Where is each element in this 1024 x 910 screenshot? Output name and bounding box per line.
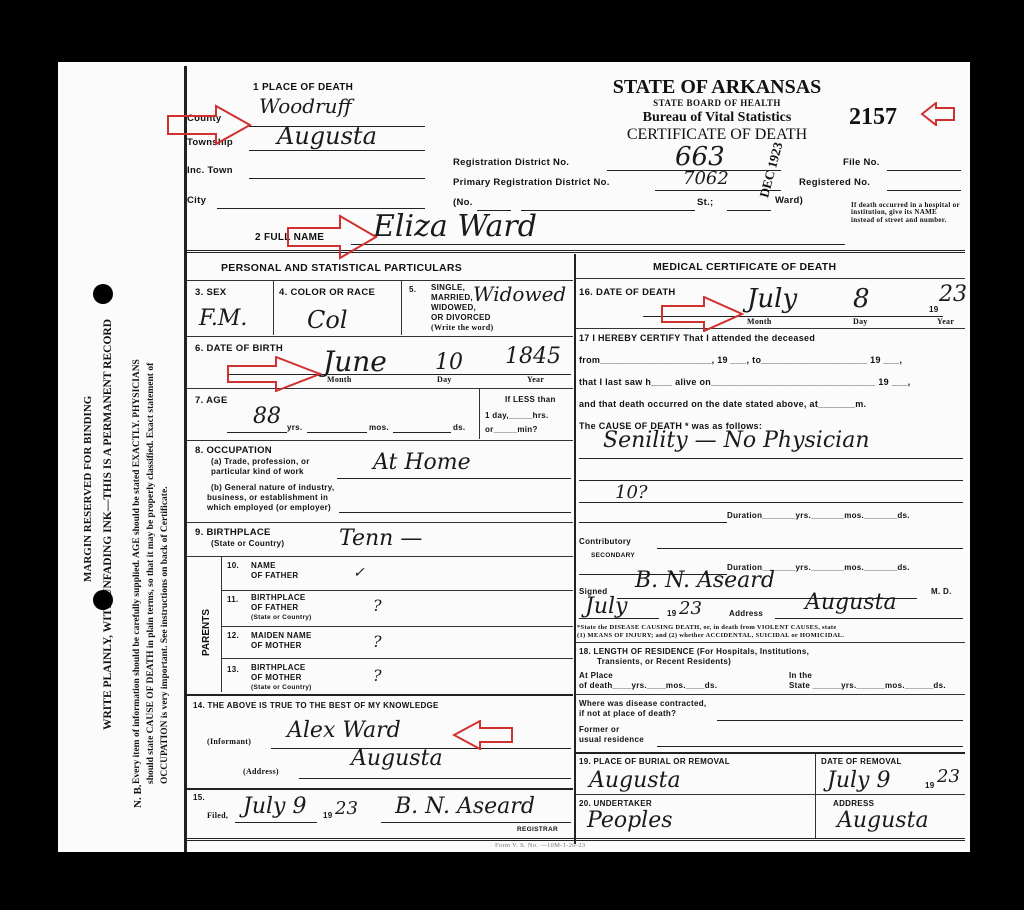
punch-hole-top (93, 284, 113, 304)
mother-name-label-1: MAIDEN NAME (251, 632, 312, 641)
arrow-cert-number-icon (920, 102, 956, 126)
filed-label: Filed, (207, 812, 228, 821)
less-min-label: or_____min? (485, 426, 538, 435)
father-birthplace-label-3: (State or Country) (251, 614, 312, 621)
marital-num: 5. (409, 286, 416, 295)
birthplace-sublabel: (State or Country) (211, 540, 284, 549)
divider-mother-name (221, 658, 573, 659)
father-birthplace-label-2: OF FATHER (251, 604, 298, 613)
nb-line-1: Every item of information should be care… (132, 359, 142, 784)
certify-line: 17 I HEREBY CERTIFY That I attended the … (579, 334, 815, 344)
registrar-signature: B. N. Aseard (395, 796, 535, 818)
place-of-death-heading: 1 PLACE OF DEATH (253, 82, 353, 93)
mother-birthplace-label-3: (State or Country) (251, 684, 312, 691)
age-years-value: 88 (253, 406, 281, 428)
signed-year-prefix: 19 (667, 610, 677, 619)
inc-town-label: Inc. Town (187, 166, 233, 176)
former-residence-field[interactable] (657, 746, 963, 747)
dod-year-caption: Year (937, 318, 954, 327)
occupation-a-field[interactable] (337, 478, 571, 479)
marital-value: Widowed (473, 284, 566, 304)
street-field[interactable] (521, 210, 695, 211)
informant-label: (Informant) (207, 738, 251, 747)
board-title: STATE BOARD OF HEALTH (567, 98, 867, 108)
at-place-label: At Place (579, 672, 613, 681)
removal-year-prefix: 19 (925, 782, 935, 791)
occupation-label: 8. OCCUPATION (195, 446, 272, 456)
footnote-line-2: (1) MEANS OF INJURY; and (2) whether ACC… (577, 632, 844, 639)
occupation-a-value: At Home (373, 452, 471, 474)
birthplace-value: Tenn — (339, 528, 422, 550)
inc-town-field[interactable] (249, 178, 425, 179)
dod-year-prefix: 19 (929, 306, 939, 315)
mother-birthplace-value: ? (373, 668, 382, 684)
physician-address-field[interactable] (775, 618, 963, 619)
divider-medical-title (575, 278, 965, 279)
residence-label-2: Transients, or Recent Residents) (597, 658, 731, 667)
divider-burial (575, 794, 965, 795)
age-yrs-caption: yrs. (287, 424, 302, 433)
at-place-duration: of death____yrs.____mos.____ds. (579, 682, 717, 691)
registration-district-label: Registration District No. (453, 158, 569, 168)
race-value: Col (307, 308, 348, 332)
duration-primary-field[interactable] (579, 522, 727, 523)
removal-year: 23 (937, 768, 960, 786)
cause-line-2[interactable] (579, 480, 963, 481)
write-plainly-notice: WRITE PLAINLY, WITH UNFADING INK—THIS IS… (102, 319, 114, 730)
informant-address-label: (Address) (243, 768, 279, 777)
contributory-label: Contributory (579, 538, 631, 547)
father-birthplace-value: ? (373, 598, 382, 614)
registrar-signature-field[interactable] (381, 822, 571, 823)
occupation-a-label-1: (a) Trade, profession, or (211, 458, 310, 467)
bureau-title: Bureau of Vital Statistics (567, 110, 867, 126)
residence-label-1: 18. LENGTH OF RESIDENCE (For Hospitals, … (579, 648, 809, 657)
burial-divider (815, 754, 816, 838)
occupation-b-label-2: business, or establishment in (207, 494, 328, 503)
divider-bottom (187, 838, 965, 841)
mother-birthplace-label-2: OF MOTHER (251, 674, 302, 683)
dod-day-caption: Day (853, 318, 868, 327)
age-months-field[interactable] (307, 432, 367, 433)
filed-date-field[interactable] (235, 822, 317, 823)
divider-footnote (575, 642, 965, 643)
occupation-a-label-2: particular kind of work (211, 468, 304, 477)
mother-birthplace-label-1: BIRTHPLACE (251, 664, 306, 673)
former-residence-label-2: usual residence (579, 736, 644, 745)
age-years-field[interactable] (227, 432, 287, 433)
birthplace-label: 9. BIRTHPLACE (195, 528, 271, 538)
personal-section-title: PERSONAL AND STATISTICAL PARTICULARS (221, 263, 462, 275)
physician-address-label: Address (729, 610, 763, 619)
contracted-label-2: if not at place of death? (579, 710, 676, 719)
less-day-hrs-label: 1 day,_____hrs. (485, 412, 549, 421)
race-marital-divider (401, 281, 402, 335)
informant-heading: 14. THE ABOVE IS TRUE TO THE BEST OF MY … (193, 702, 439, 711)
punch-hole-bottom (93, 590, 113, 610)
signed-year: 23 (679, 600, 702, 618)
arrow-informant-icon (452, 720, 514, 750)
divider-residence (575, 694, 965, 695)
medical-section-title: MEDICAL CERTIFICATE OF DEATH (653, 262, 836, 274)
father-name-label-2: OF FATHER (251, 572, 298, 581)
physician-address-value: Augusta (805, 592, 897, 614)
dob-year: 1845 (505, 346, 561, 368)
dod-month-caption: Month (747, 318, 772, 327)
age-label: 7. AGE (195, 396, 228, 406)
cause-line-1[interactable] (579, 458, 963, 459)
cause-value: Senility — No Physician (603, 430, 869, 452)
sex-race-divider (273, 281, 274, 335)
filed-num: 15. (193, 794, 205, 803)
certificate-form: 1 PLACE OF DEATH County Woodruff Townshi… (187, 66, 965, 852)
informant-address-field[interactable] (299, 778, 571, 779)
dob-label: 6. DATE OF BIRTH (195, 344, 283, 354)
divider-personal-title (187, 280, 573, 281)
contracted-label-1: Where was disease contracted, (579, 700, 706, 709)
file-no-field[interactable] (887, 170, 961, 171)
mother-name-label-2: OF MOTHER (251, 642, 302, 651)
contracted-field[interactable] (717, 720, 963, 721)
form-number: Form V. S. No. —10M-1-20-23 (495, 842, 585, 849)
file-no-label: File No. (843, 158, 880, 168)
certificate-number: 2157 (849, 104, 929, 131)
full-name-value: Eliza Ward (373, 212, 537, 242)
registrar-label: REGISTRAR (517, 826, 558, 833)
no-label: (No. (453, 198, 473, 208)
secondary-label: SECONDARY (591, 552, 635, 559)
dob-day: 10 (435, 352, 463, 374)
occupation-b-field[interactable] (339, 512, 571, 513)
former-residence-label-1: Former or (579, 726, 620, 735)
nb-label: N. B. (132, 784, 144, 808)
arrow-dob-icon (226, 356, 322, 392)
mother-name-value: ? (373, 634, 382, 650)
father-name-value: ✓ (353, 566, 365, 580)
last-saw-line: that I last saw h____ alive on__________… (579, 378, 910, 388)
binding-notice: MARGIN RESERVED FOR BINDING (82, 396, 94, 582)
father-birthplace-num: 11. (227, 596, 239, 605)
divider-former-residence (575, 752, 965, 754)
dob-year-caption: Year (527, 376, 544, 385)
column-divider (574, 254, 576, 844)
age-ds-caption: ds. (453, 424, 465, 433)
dod-year: 23 (939, 284, 967, 306)
occupation-b-label-3: which employed (or employer) (207, 504, 331, 513)
divider-age-row (187, 440, 573, 441)
age-divider (479, 389, 480, 439)
md-label: M. D. (931, 588, 952, 597)
father-name-num: 10. (227, 562, 239, 571)
sex-value: F.M. (199, 308, 247, 330)
divider-birthplace-row (187, 556, 573, 557)
in-state-label: In the (789, 672, 812, 681)
township-field[interactable] (249, 150, 425, 151)
filed-year-value: 23 (335, 800, 358, 818)
st-label: St.; (697, 198, 714, 208)
informant-address-value: Augusta (351, 748, 443, 770)
removal-date-label: DATE OF REMOVAL (821, 758, 902, 767)
divider-occupation-row (187, 522, 573, 523)
dod-day: 8 (853, 286, 870, 312)
county-value: Woodruff (259, 96, 352, 116)
divider-dod (575, 328, 965, 329)
burial-value: Augusta (589, 770, 681, 792)
footnote-line-1: *State the DISEASE CAUSING DEATH, or, in… (577, 624, 837, 631)
mother-name-num: 12. (227, 632, 239, 641)
dob-month-caption: Month (327, 376, 352, 385)
full-name-field[interactable] (351, 244, 845, 245)
marital-label-write: (Write the word) (431, 324, 493, 333)
registration-district-value: 663 (675, 144, 725, 170)
registered-no-label: Registered No. (799, 178, 870, 188)
arrow-county-icon (166, 104, 252, 146)
removal-date-value: July 9 (827, 770, 890, 792)
dob-day-caption: Day (437, 376, 452, 385)
in-state-duration: State ______yrs.______mos.______ds. (789, 682, 946, 691)
primary-district-label: Primary Registration District No. (453, 178, 610, 188)
undertaker-address-value: Augusta (837, 810, 929, 832)
physician-signature: B. N. Aseard (635, 570, 775, 592)
divider-father-birthplace (221, 626, 573, 627)
sex-label: 3. SEX (195, 288, 226, 298)
less-than-label: If LESS than (505, 396, 556, 405)
parents-label: PARENTS (201, 609, 212, 656)
marital-label-widowed: WIDOWED, (431, 304, 476, 313)
primary-district-value: 7062 (683, 170, 729, 188)
binding-margin: MARGIN RESERVED FOR BINDING WRITE PLAINL… (58, 62, 186, 852)
mother-birthplace-num: 13. (227, 666, 239, 675)
signed-date-field[interactable] (579, 618, 659, 619)
occupation-b-label-1: (b) General nature of industry, (211, 484, 334, 493)
filed-year-prefix: 19 (323, 812, 333, 821)
parents-divider (221, 556, 222, 692)
divider-father-name (221, 590, 573, 591)
attended-from-line: from_____________________, 19 ___, to___… (579, 356, 902, 366)
age-mos-caption: mos. (369, 424, 389, 433)
divider-informant (187, 788, 573, 790)
death-occurred-line: and that death occurred on the date stat… (579, 400, 866, 410)
divider-sex-row (187, 336, 573, 337)
arrow-dod-icon (660, 296, 744, 332)
nb-line-2: should state CAUSE OF DEATH in plain ter… (146, 363, 156, 784)
cause-note: 10? (615, 484, 648, 502)
signed-date: July (585, 596, 627, 618)
father-birthplace-label-1: BIRTHPLACE (251, 594, 306, 603)
marital-label-married: MARRIED, (431, 294, 473, 303)
informant-value: Alex Ward (287, 720, 401, 742)
marital-label-divorced: OR DIVORCED (431, 314, 491, 323)
city-label: City (187, 196, 206, 206)
township-value: Augusta (277, 124, 377, 148)
contributory-field[interactable] (657, 548, 963, 549)
state-title: STATE OF ARKANSAS (567, 76, 867, 99)
arrow-full-name-icon (286, 214, 378, 260)
father-name-label-1: NAME (251, 562, 276, 571)
hospital-note: If death occurred in a hospital or insti… (851, 202, 961, 224)
filed-date-value: July 9 (243, 796, 306, 818)
dod-month: July (747, 286, 797, 312)
divider-parents (187, 694, 573, 696)
duration-primary: Duration_______yrs._______mos._______ds. (727, 512, 910, 521)
ward-label: Ward) (775, 196, 803, 206)
age-days-field[interactable] (393, 432, 451, 433)
registered-no-field[interactable] (887, 190, 961, 191)
undertaker-value: Peoples (587, 810, 673, 832)
burial-label: 19. PLACE OF BURIAL OR REMOVAL (579, 758, 730, 767)
nb-line-3: OCCUPATION is very important. See instru… (160, 486, 170, 784)
race-label: 4. COLOR OR RACE (279, 288, 375, 298)
marital-label-single: SINGLE, (431, 284, 465, 293)
ward-field[interactable] (727, 210, 771, 211)
dob-month: June (323, 348, 387, 376)
